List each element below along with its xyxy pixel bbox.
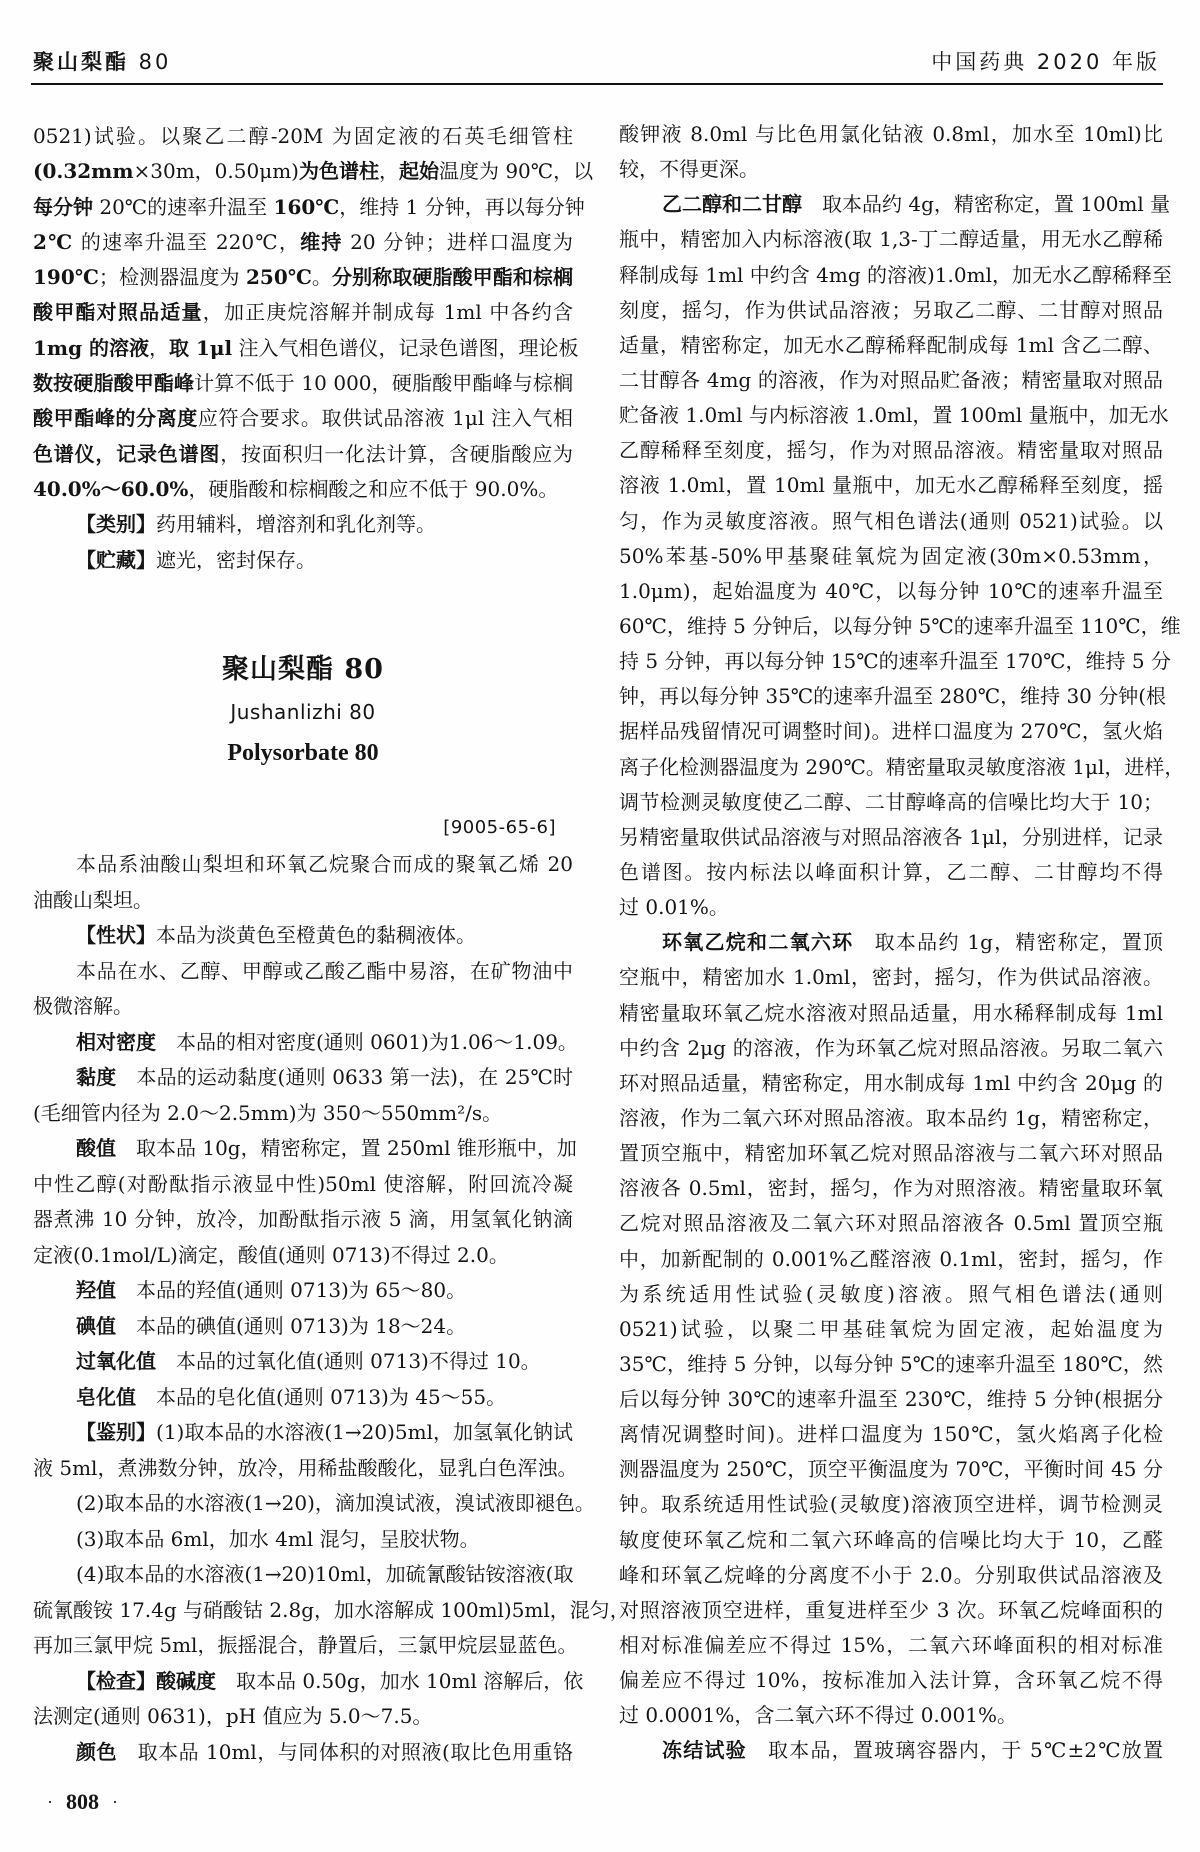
text-line: 再加三氯甲烷 5ml，振摇混合，静置后，三氯甲烷层显蓝色。 bbox=[33, 1628, 573, 1664]
text-line: 偏差应不得过 10%，按标准加入法计算，含环氧乙烷不得 bbox=[619, 1663, 1163, 1698]
text-line: 乙醇稀释至刻度，摇匀，作为对照品溶液。精密量取对照品 bbox=[619, 433, 1163, 468]
text-line: 适量，精密称定，加无水乙醇稀释配制成每 1ml 含乙二醇、 bbox=[619, 328, 1163, 363]
text-line: 乙二醇和二甘醇 取本品约 4g，精密称定，置 100ml 量 bbox=[619, 187, 1163, 222]
text-line: 极微溶解。 bbox=[33, 989, 573, 1025]
text-line: 释制成每 1ml 中约含 4mg 的溶液)1.0ml，加无水乙醇稀释至 bbox=[619, 258, 1163, 293]
text-line: 匀，作为灵敏度溶液。照气相色谱法(通则 0521)试验。以 bbox=[619, 504, 1163, 539]
text-line: 钟，再以每分钟 35℃的速率升温至 280℃，维持 30 分钟(根 bbox=[619, 679, 1163, 714]
text-line: 液 5ml，煮沸数分钟，放冷，用稀盐酸酸化，显乳白色浑浊。 bbox=[33, 1451, 573, 1487]
bold-term: 160℃ bbox=[274, 195, 340, 219]
text-line: 颜色 取本品 10ml，与同体积的对照液(取比色用重铬 bbox=[33, 1735, 573, 1771]
text-line: 空瓶中，精密加水 1.0ml，密封，摇匀，作为供试品溶液。 bbox=[619, 960, 1163, 995]
text-line: 过 0.0001%，含二氧六环不得过 0.001%。 bbox=[619, 1698, 1163, 1733]
text-line: 中性乙醇(对酚酞指示液显中性)50ml 使溶解，附回流冷凝 bbox=[33, 1167, 573, 1203]
monograph-title-chinese: 聚山梨酯 80 bbox=[33, 653, 573, 687]
bold-term: 色谱仪，记录色谱图 bbox=[33, 442, 220, 466]
bold-term: 碘值 bbox=[76, 1314, 116, 1338]
text-line: 硫氰酸铵 17.4g 与硝酸钴 2.8g，加水溶解成 100ml)5ml，混匀， bbox=[33, 1593, 573, 1629]
text-line: 50%苯基-50%甲基聚硅氧烷为固定液(30m×0.53mm， bbox=[619, 539, 1163, 574]
text-line: 调节检测灵敏度使乙二醇、二甘醇峰高的信噪比均大于 10； bbox=[619, 785, 1163, 820]
text-line: 酸甲酯峰的分离度应符合要求。取供试品溶液 1μl 注入气相 bbox=[33, 401, 573, 436]
bold-term: 相对密度 bbox=[76, 1030, 156, 1054]
text-line: 油酸山梨坦。 bbox=[33, 883, 573, 919]
text-line: 【贮藏】遮光，密封保存。 bbox=[33, 543, 573, 578]
text-line: 中约含 2μg 的溶液，作为环氧乙烷对照品溶液。另取二氧六 bbox=[619, 1031, 1163, 1066]
bold-term: 冻结试验 bbox=[662, 1738, 747, 1762]
text-line: 溶液各 0.5ml，密封，摇匀，作为对照溶液。精密量取环氧 bbox=[619, 1171, 1163, 1206]
bold-term: 颜色 bbox=[76, 1740, 117, 1764]
text-line: 【类别】药用辅料，增溶剂和乳化剂等。 bbox=[33, 507, 573, 542]
text-line: 器煮沸 10 分钟，放冷，加酚酞指示液 5 滴，用氢氧化钠滴 bbox=[33, 1202, 573, 1238]
text-line: 刻度，摇匀，作为供试品溶液；另取乙二醇、二甘醇对照品 bbox=[619, 293, 1163, 328]
bold-term: 190℃ bbox=[33, 265, 99, 289]
bold-term: 过氧化值 bbox=[76, 1349, 156, 1373]
bold-term: 【检查】酸碱度 bbox=[76, 1669, 216, 1693]
text-line: 相对密度 本品的相对密度(通则 0601)为1.06～1.09。 bbox=[33, 1025, 573, 1061]
text-line: 色谱仪，记录色谱图，按面积归一化法计算，含硬脂酸应为 bbox=[33, 437, 573, 472]
text-line: 为系统适用性试验(灵敏度)溶液。照气相色谱法(通则 bbox=[619, 1277, 1163, 1312]
text-line: 皂化值 本品的皂化值(通则 0713)为 45～55。 bbox=[33, 1380, 573, 1416]
text-line: 钟。取系统适用性试验(灵敏度)溶液顶空进样，调节检测灵 bbox=[619, 1487, 1163, 1522]
running-head-edition: 中国药典 2020 年版 bbox=[931, 49, 1160, 75]
text-line: 瓶中，精密加入内标溶液(取 1,3-丁二醇适量，用无水乙醇稀 bbox=[619, 222, 1163, 257]
text-line: 本品系油酸山梨坦和环氧乙烷聚合而成的聚氧乙烯 20 bbox=[33, 847, 573, 883]
text-line: 羟值 本品的羟值(通则 0713)为 65～80。 bbox=[33, 1273, 573, 1309]
monograph-title-pinyin: Jushanlizhi 80 bbox=[33, 698, 573, 726]
left-column-continued-text: 0521)试验。以聚乙二醇-20M 为固定液的石英毛细管柱(0.32mm×30m… bbox=[33, 119, 573, 578]
bold-term: 1mg 的溶液 bbox=[33, 336, 149, 360]
text-line: 溶液，作为二氧六环对照品溶液。取本品约 1g，精密称定， bbox=[619, 1101, 1163, 1136]
text-line: 过 0.01%。 bbox=[619, 890, 1163, 925]
text-line: 每分钟 20℃的速率升温至 160℃，维持 1 分钟，再以每分钟 bbox=[33, 190, 573, 225]
bold-term: 起始 bbox=[399, 159, 439, 183]
left-column-monograph-body: 本品系油酸山梨坦和环氧乙烷聚合而成的聚氧乙烯 20油酸山梨坦。【性状】本品为淡黄… bbox=[33, 847, 573, 1770]
right-column-text: 酸钾液 8.0ml 与比色用氯化钴液 0.8ml，加水至 10ml)比较，不得更… bbox=[619, 117, 1163, 1769]
text-line: (毛细管内径为 2.0～2.5mm)为 350～550mm²/s。 bbox=[33, 1096, 573, 1132]
text-line: 0521)试验。以聚乙二醇-20M 为固定液的石英毛细管柱 bbox=[33, 119, 573, 154]
text-line: 环氧乙烷和二氧六环 取本品约 1g，精密称定，置顶 bbox=[619, 925, 1163, 960]
text-line: 过氧化值 本品的过氧化值(通则 0713)不得过 10。 bbox=[33, 1344, 573, 1380]
text-line: 测器温度为 250℃，顶空平衡温度为 70℃，平衡时间 45 分 bbox=[619, 1452, 1163, 1487]
monograph-title-english: Polysorbate 80 bbox=[33, 738, 573, 768]
text-line: 持 5 分钟，再以每分钟 15℃的速率升温至 170℃，维持 5 分 bbox=[619, 644, 1163, 679]
text-line: (0.32mm×30m，0.50μm)为色谱柱，起始温度为 90℃，以 bbox=[33, 154, 573, 189]
page-number-ornament-right: · bbox=[112, 1788, 118, 1816]
text-line: 法测定(通则 0631)，pH 值应为 5.0～7.5。 bbox=[33, 1699, 573, 1735]
text-line: 【性状】本品为淡黄色至橙黄色的黏稠液体。 bbox=[33, 918, 573, 954]
text-line: 敏度使环氧乙烷和二氧六环峰高的信噪比均大于 10，乙醛 bbox=[619, 1523, 1163, 1558]
bold-term: 环氧乙烷和二氧六环 bbox=[662, 930, 853, 954]
text-line: 峰和环氧乙烷峰的分离度不小于 2.0。分别取供试品溶液及 bbox=[619, 1558, 1163, 1593]
header-rule-divider bbox=[31, 83, 1163, 85]
bold-term: 数按硬脂酸甲酯峰 bbox=[33, 371, 194, 395]
page-number-value: 808 bbox=[66, 1788, 99, 1816]
text-line: 离情况调整时间)。进样口温度为 150℃，氢火焰离子化检 bbox=[619, 1417, 1163, 1452]
text-line: 较，不得更深。 bbox=[619, 152, 1163, 187]
text-line: 40.0%～60.0%，硬脂酸和棕榈酸之和应不低于 90.0%。 bbox=[33, 472, 573, 507]
text-line: (2)取本品的水溶液(1→20)，滴加溴试液，溴试液即褪色。 bbox=[33, 1486, 573, 1522]
text-line: 对照溶液顶空进样，重复进样至少 3 次。环氧乙烷峰面积的 bbox=[619, 1593, 1163, 1628]
bold-term: (0.32mm bbox=[33, 159, 134, 183]
bold-term: 酸甲酯对照品适量 bbox=[33, 300, 203, 324]
page-number-ornament-left: · bbox=[47, 1788, 53, 1816]
bold-term: 【贮藏】 bbox=[76, 548, 156, 572]
bold-term: 【性状】 bbox=[76, 923, 156, 947]
bold-term: 分别称取硬脂酸甲酯和棕榈 bbox=[332, 265, 573, 289]
text-line: 数按硬脂酸甲酯峰计算不低于 10 000，硬脂酸甲酯峰与棕榈 bbox=[33, 366, 573, 401]
text-line: 2℃ 的速率升温至 220℃，维持 20 分钟；进样口温度为 bbox=[33, 225, 573, 260]
text-line: 1.0μm)，起始温度为 40℃，以每分钟 10℃的速率升温至 bbox=[619, 574, 1163, 609]
text-line: 相对标准偏差应不得过 15%，二氧六环峰面积的相对标准 bbox=[619, 1628, 1163, 1663]
bold-term: 酸值 bbox=[76, 1136, 116, 1160]
page-number: · 808 · bbox=[47, 1788, 118, 1816]
text-line: 中，加新配制的 0.001%乙醛溶液 0.1ml，密封，摇匀，作 bbox=[619, 1242, 1163, 1277]
text-line: 溶液 1.0ml，置 10ml 量瓶中，加无水乙醇稀释至刻度，摇 bbox=[619, 468, 1163, 503]
text-line: 置顶空瓶中，精密加环氧乙烷对照品溶液与二氧六环对照品 bbox=[619, 1136, 1163, 1171]
text-line: 乙烷对照品溶液及二氧六环对照品溶液各 0.5ml 置顶空瓶 bbox=[619, 1206, 1163, 1241]
text-line: 本品在水、乙醇、甲醇或乙酸乙酯中易溶，在矿物油中 bbox=[33, 954, 573, 990]
text-line: 离子化检测器温度为 290℃。精密量取灵敏度溶液 1μl，进样， bbox=[619, 750, 1163, 785]
running-head-title: 聚山梨酯 80 bbox=[33, 49, 171, 75]
text-line: 【检查】酸碱度 取本品 0.50g，加水 10ml 溶解后，依 bbox=[33, 1664, 573, 1700]
text-line: 冻结试验 取本品，置玻璃容器内，于 5℃±2℃放置 bbox=[619, 1733, 1163, 1768]
text-line: 色谱图。按内标法以峰面积计算，乙二醇、二甘醇均不得 bbox=[619, 855, 1163, 890]
text-line: (3)取本品 6ml，加水 4ml 混匀，呈胶状物。 bbox=[33, 1522, 573, 1558]
text-line: (4)取本品的水溶液(1→20)10ml，加硫氰酸钴铵溶液(取 bbox=[33, 1557, 573, 1593]
bold-term: 【类别】 bbox=[76, 512, 156, 536]
text-line: 酸甲酯对照品适量，加正庚烷溶解并制成每 1ml 中各约含 bbox=[33, 295, 573, 330]
text-line: 定液(0.1mol/L)滴定，酸值(通则 0713)不得过 2.0。 bbox=[33, 1238, 573, 1274]
text-line: 据样品残留情况可调整时间)。进样口温度为 270℃，氢火焰 bbox=[619, 714, 1163, 749]
cas-number: [9005-65-6] bbox=[33, 816, 556, 840]
bold-term: 羟值 bbox=[76, 1278, 116, 1302]
bold-term: 为色谱柱 bbox=[299, 159, 379, 183]
text-line: 35℃，维持 5 分钟，以每分钟 5℃的速率升温至 180℃，然 bbox=[619, 1347, 1163, 1382]
text-line: 酸值 取本品 10g，精密称定，置 250ml 锥形瓶中，加 bbox=[33, 1131, 573, 1167]
text-line: 碘值 本品的碘值(通则 0713)为 18～24。 bbox=[33, 1309, 573, 1345]
bold-term: 250℃ bbox=[246, 265, 312, 289]
bold-term: 40.0%～60.0% bbox=[33, 477, 188, 501]
text-line: 二甘醇各 4mg 的溶液，作为对照品贮备液；精密量取对照品 bbox=[619, 363, 1163, 398]
text-line: 精密量取环氧乙烷水溶液对照品适量，用水稀释制成每 1ml bbox=[619, 996, 1163, 1031]
bold-term: 黏度 bbox=[76, 1065, 116, 1089]
text-line: 0521)试验，以聚二甲基硅氧烷为固定液，起始温度为 bbox=[619, 1312, 1163, 1347]
bold-term: 每分钟 bbox=[33, 195, 93, 219]
text-line: 酸钾液 8.0ml 与比色用氯化钴液 0.8ml，加水至 10ml)比 bbox=[619, 117, 1163, 152]
text-line: 60℃，维持 5 分钟后，以每分钟 5℃的速率升温至 110℃，维 bbox=[619, 609, 1163, 644]
bold-term: 皂化值 bbox=[76, 1385, 136, 1409]
document-page: 聚山梨酯 80 中国药典 2020 年版 0521)试验。以聚乙二醇-20M 为… bbox=[0, 0, 1200, 1852]
bold-term: 聚山梨酯 bbox=[33, 50, 129, 74]
bold-term: 酸甲酯峰的分离度 bbox=[33, 406, 198, 430]
text-line: 【鉴别】(1)取本品的水溶液(1→20)5ml，加氢氧化钠试 bbox=[33, 1415, 573, 1451]
text-line: 贮备液 1.0ml 与内标溶液 1.0ml，置 100ml 量瓶中，加无水 bbox=[619, 398, 1163, 433]
bold-term: 乙二醇和二甘醇 bbox=[662, 192, 802, 216]
text-line: 后以每分钟 30℃的速率升温至 230℃，维持 5 分钟(根据分 bbox=[619, 1382, 1163, 1417]
text-line: 另精密量取供试品溶液与对照品溶液各 1μl，分别进样，记录 bbox=[619, 820, 1163, 855]
bold-term: 2℃ bbox=[33, 230, 73, 254]
bold-term: 维持 bbox=[300, 230, 342, 254]
text-line: 1mg 的溶液，取 1μl 注入气相色谱仪，记录色谱图，理论板 bbox=[33, 331, 573, 366]
text-line: 190℃；检测器温度为 250℃。分别称取硬脂酸甲酯和棕榈 bbox=[33, 260, 573, 295]
text-line: 环对照品适量，精密称定，用水制成每 1ml 中约含 20μg 的 bbox=[619, 1066, 1163, 1101]
bold-term: 【鉴别】 bbox=[76, 1420, 156, 1444]
bold-term: 取 1μl bbox=[169, 336, 232, 360]
text-line: 黏度 本品的运动黏度(通则 0633 第一法)，在 25℃时 bbox=[33, 1060, 573, 1096]
